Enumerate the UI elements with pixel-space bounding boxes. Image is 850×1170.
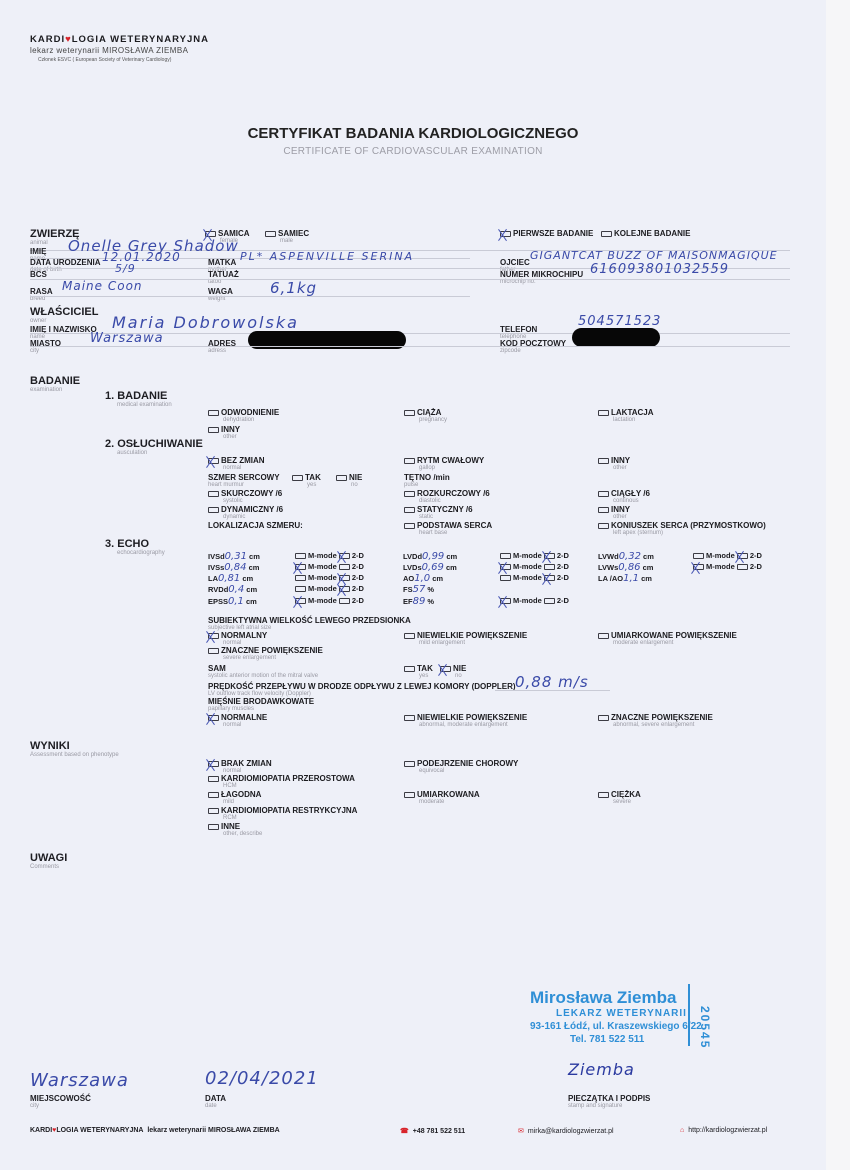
result-rcm-checkbox[interactable]: KARDIOMIOPATIA RESTRYKCYJNARCM xyxy=(208,806,357,821)
brand-text: KARDI xyxy=(30,34,65,45)
papillary-normal-checkbox[interactable]: NORMALNEnormal xyxy=(208,713,267,728)
signoff-date-label: DATAdate xyxy=(205,1094,226,1109)
owner-section-title: WŁAŚCICIELowner xyxy=(30,306,98,324)
lvot-field[interactable]: 0,88 m/s xyxy=(515,673,589,691)
checkbox-icon xyxy=(601,231,612,237)
result-hcm-checkbox[interactable]: KARDIOMIOPATIA PRZEROSTOWAHCM xyxy=(208,774,355,789)
dob-field[interactable]: 12.01.2020 xyxy=(102,250,181,264)
exam-3-title: 3. ECHOechocardiography xyxy=(105,538,165,556)
static-checkbox[interactable]: STATYCZNY /6static xyxy=(404,505,473,520)
la-severe-checkbox[interactable]: ZNACZNE POWIĘKSZENIEsevere enlargement xyxy=(208,646,323,661)
la-size-label: SUBIEKTYWNA WIELKOŚĆ LEWEGO PRZEDSIONKAs… xyxy=(208,616,411,631)
echo-mode-selector[interactable]: M-mode 2-D xyxy=(295,573,364,582)
result-other-checkbox[interactable]: INNEother, describe xyxy=(208,822,262,837)
page-subtitle: CERTIFICATE OF CARDIOVASCULAR EXAMINATIO… xyxy=(0,146,826,157)
echo-epss-field[interactable]: EPSS0,1 cm xyxy=(208,596,257,607)
stamp-divider xyxy=(688,984,690,1046)
breed-field[interactable]: Maine Coon xyxy=(62,279,143,293)
echo-ao-field[interactable]: AO1,0 cm xyxy=(403,573,443,584)
echo-ef-field[interactable]: EF89 % xyxy=(403,596,434,607)
bcs-label: BCS xyxy=(30,270,47,279)
certificate-page: KARDI♥LOGIA WETERYNARYJNA lekarz weteryn… xyxy=(0,0,826,1170)
sam-label: SAMsystolic anterior motion of the mitra… xyxy=(208,664,318,679)
continuous-checkbox[interactable]: CIĄGŁY /6continous xyxy=(598,489,650,504)
result-mild-checkbox[interactable]: ŁAGODNAmild xyxy=(208,790,261,805)
dynamic-checkbox[interactable]: DYNAMICZNY /6dynamic xyxy=(208,505,283,520)
echo-fs-field[interactable]: FS57 % xyxy=(403,584,434,595)
dehydration-checkbox[interactable]: ODWODNIENIEdehydration xyxy=(208,408,279,423)
result-equivocal-checkbox[interactable]: PODEJRZENIE CHOROWYequivocal xyxy=(404,759,518,774)
results-section-title: WYNIKIAssessment based on phenotype xyxy=(30,740,119,758)
lvot-label: PRĘDKOŚĆ PRZEPŁYWU W DRODZE ODPŁYWU Z LE… xyxy=(208,682,516,697)
lactation-checkbox[interactable]: LAKTACJAlactation xyxy=(598,408,654,423)
page-title: CERTYFIKAT BADANIA KARDIOLOGICZNEGO xyxy=(0,125,826,142)
city-field[interactable]: Warszawa xyxy=(90,331,164,346)
footer-phone[interactable]: ☎+48 781 522 511 xyxy=(400,1127,465,1135)
auscult-other-checkbox[interactable]: INNYother xyxy=(598,456,630,471)
exam-section-title: BADANIEexamination xyxy=(30,375,80,393)
stamp-name: Mirosława Ziemba xyxy=(530,988,676,1008)
echo-mode-selector[interactable]: M-mode 2-D xyxy=(693,551,762,560)
echo-lvdd-field[interactable]: LVDd0,99 cm xyxy=(403,551,457,562)
echo-lvds-field[interactable]: LVDs0,69 cm xyxy=(403,562,457,573)
doctor-name: lekarz weterynarii MIROSŁAWA ZIEMBA xyxy=(30,46,188,55)
echo-mode-selector[interactable]: M-mode 2-D xyxy=(500,562,569,571)
echo-mode-selector[interactable]: M-mode 2-D xyxy=(500,551,569,560)
phone-icon: ☎ xyxy=(400,1128,409,1135)
stamp-title: LEKARZ WETERYNARII xyxy=(556,1008,687,1019)
microchip-label: NUMER MIKROCHIPUmicrochip no. xyxy=(500,270,583,285)
gallop-checkbox[interactable]: RYTM CWAŁOWYgallop xyxy=(404,456,484,471)
murmur-no-checkbox[interactable]: NIEno xyxy=(336,473,362,488)
signoff-stamp-label: PIECZĄTKA I PODPISstamp and signature xyxy=(568,1094,650,1109)
no-change-checkbox[interactable]: BEZ ZMIANnormal xyxy=(208,456,265,471)
echo-laao-field[interactable]: LA /AO1,1 cm xyxy=(598,573,652,584)
membership: Członek ESVC ( European Society of Veter… xyxy=(38,57,171,63)
papillary-severe-checkbox[interactable]: ZNACZNE POWIĘKSZENIEabnormal, severe enl… xyxy=(598,713,713,728)
apex-checkbox[interactable]: KONIUSZEK SERCA (PRZYMOSTKOWO)left apex … xyxy=(598,521,766,536)
sam-no-checkbox[interactable]: NIEno xyxy=(440,664,466,679)
stamp-license: 20545 xyxy=(698,1006,712,1049)
mail-icon: ✉ xyxy=(518,1128,524,1135)
echo-la-field[interactable]: LA0,81 cm xyxy=(208,573,253,584)
footer-email[interactable]: ✉mirka@kardiologzwierzat.pl xyxy=(518,1127,614,1135)
la-moderate-checkbox[interactable]: UMIARKOWANE POWIĘKSZENIEmoderate enlarge… xyxy=(598,631,737,646)
owner-name-field[interactable]: Maria Dobrowolska xyxy=(112,313,299,332)
sam-yes-checkbox[interactable]: TAKyes xyxy=(404,664,433,679)
murmur-label: SZMER SERCOWYheart murmur xyxy=(208,473,280,488)
exam-other-checkbox[interactable]: INNYother xyxy=(208,425,240,440)
stamp-address: 93-161 Łódź, ul. Kraszewskiego 6/22 xyxy=(530,1021,702,1032)
zip-redaction xyxy=(572,328,660,347)
systolic-checkbox[interactable]: SKURCZOWY /6systolic xyxy=(208,489,282,504)
mother-field[interactable]: PL* ASPENVILLE SERINA xyxy=(240,250,414,263)
weight-field[interactable]: 6,1kg xyxy=(270,279,317,297)
murmur-location-label: LOKALIZACJA SZMERU: xyxy=(208,521,303,530)
echo-rvdd-field[interactable]: RVDd0,4 cm xyxy=(208,584,257,595)
result-moderate-checkbox[interactable]: UMIARKOWANAmoderate xyxy=(404,790,480,805)
microchip-field[interactable]: 616093801032559 xyxy=(590,262,729,277)
papillary-moderate-checkbox[interactable]: NIEWIELKIE POWIĘKSZENIEabnormal, moderat… xyxy=(404,713,527,728)
tattoo-label: TATUAŻtatoo xyxy=(208,270,239,285)
checkbox-icon xyxy=(265,231,276,237)
signoff-place-field[interactable]: Warszawa xyxy=(30,1070,129,1091)
result-normal-checkbox[interactable]: BRAK ZMIANnormal xyxy=(208,759,272,774)
father-field[interactable]: GIGANTCAT BUZZ OF MAISONMAGIQUE xyxy=(530,249,778,262)
comments-section-title: UWAGIComments xyxy=(30,852,67,870)
bcs-field[interactable]: 5/9 xyxy=(115,262,136,275)
home-icon: ⌂ xyxy=(680,1127,684,1134)
checkbox-checked-icon xyxy=(500,231,511,237)
murmur-yes-checkbox[interactable]: TAKyes xyxy=(292,473,321,488)
signoff-date-field[interactable]: 02/04/2021 xyxy=(205,1068,319,1089)
la-normal-checkbox[interactable]: NORMALNYnormal xyxy=(208,631,267,646)
signature: Ziemba xyxy=(568,1060,635,1079)
weight-label: WAGAweight xyxy=(208,287,233,302)
pregnancy-checkbox[interactable]: CIĄŻApregnancy xyxy=(404,408,447,423)
breed-label: RASAbreed xyxy=(30,287,53,302)
echo-mode-selector[interactable]: M-mode 2-D xyxy=(500,573,569,582)
brand-logo: KARDI♥LOGIA WETERYNARYJNA xyxy=(30,34,209,45)
first-exam-checkbox[interactable]: PIERWSZE BADANIE xyxy=(500,229,593,238)
echo-mode-selector[interactable]: M-mode 2-D xyxy=(295,562,364,571)
echo-lvwd-field[interactable]: LVWd0,32 cm xyxy=(598,551,654,562)
diastolic-checkbox[interactable]: ROZKURCZOWY /6diastolic xyxy=(404,489,490,504)
pulse-label: TĘTNO /minpulse xyxy=(404,473,450,488)
stamp-phone: Tel. 781 522 511 xyxy=(570,1034,644,1045)
auscult-other2-checkbox[interactable]: INNYother xyxy=(598,505,630,520)
exam-2-title: 2. OSŁUCHIWANIEausculation xyxy=(105,438,203,456)
echo-ivss-field[interactable]: IVSs0,84 cm xyxy=(208,562,259,573)
echo-ivsd-field[interactable]: IVSd0,31 cm xyxy=(208,551,260,562)
exam-1-title: 1. BADANIEmedical examination xyxy=(105,390,172,408)
echo-mode-selector[interactable]: M-mode 2-D xyxy=(693,562,762,571)
checkbox-checked-icon xyxy=(205,231,216,237)
scan-edge xyxy=(826,0,850,1170)
echo-mode-selector[interactable]: M-mode 2-D xyxy=(500,596,569,605)
echo-mode-selector[interactable]: M-mode 2-D xyxy=(295,596,364,605)
next-exam-checkbox[interactable]: KOLEJNE BADANIE xyxy=(601,229,690,238)
echo-lvws-field[interactable]: LVWs0,86 cm xyxy=(598,562,653,573)
phone-field[interactable]: 504571523 xyxy=(578,314,661,329)
heart-icon: ♥ xyxy=(65,34,72,45)
footer-brand: KARDI♥LOGIA WETERYNARYJNA lekarz weteryn… xyxy=(30,1127,280,1134)
heart-base-checkbox[interactable]: PODSTAWA SERCAheart base xyxy=(404,521,492,536)
brand-text: LOGIA WETERYNARYJNA xyxy=(72,34,209,45)
echo-mode-selector[interactable]: M-mode 2-D xyxy=(295,584,364,593)
sex-male-checkbox[interactable]: SAMIECmale xyxy=(265,229,309,244)
footer-website[interactable]: ⌂http://kardiologzwierzat.pl xyxy=(680,1127,767,1134)
papillary-label: MIĘŚNIE BRODAWKOWATEpapillary muscles xyxy=(208,697,314,712)
echo-mode-selector[interactable]: M-mode 2-D xyxy=(295,551,364,560)
signoff-place-label: MIEJSCOWOŚĆcity xyxy=(30,1094,91,1109)
result-severe-checkbox[interactable]: CIĘŻKAsevere xyxy=(598,790,641,805)
la-mild-checkbox[interactable]: NIEWIELKIE POWIĘKSZENIEmild enlargement xyxy=(404,631,527,646)
